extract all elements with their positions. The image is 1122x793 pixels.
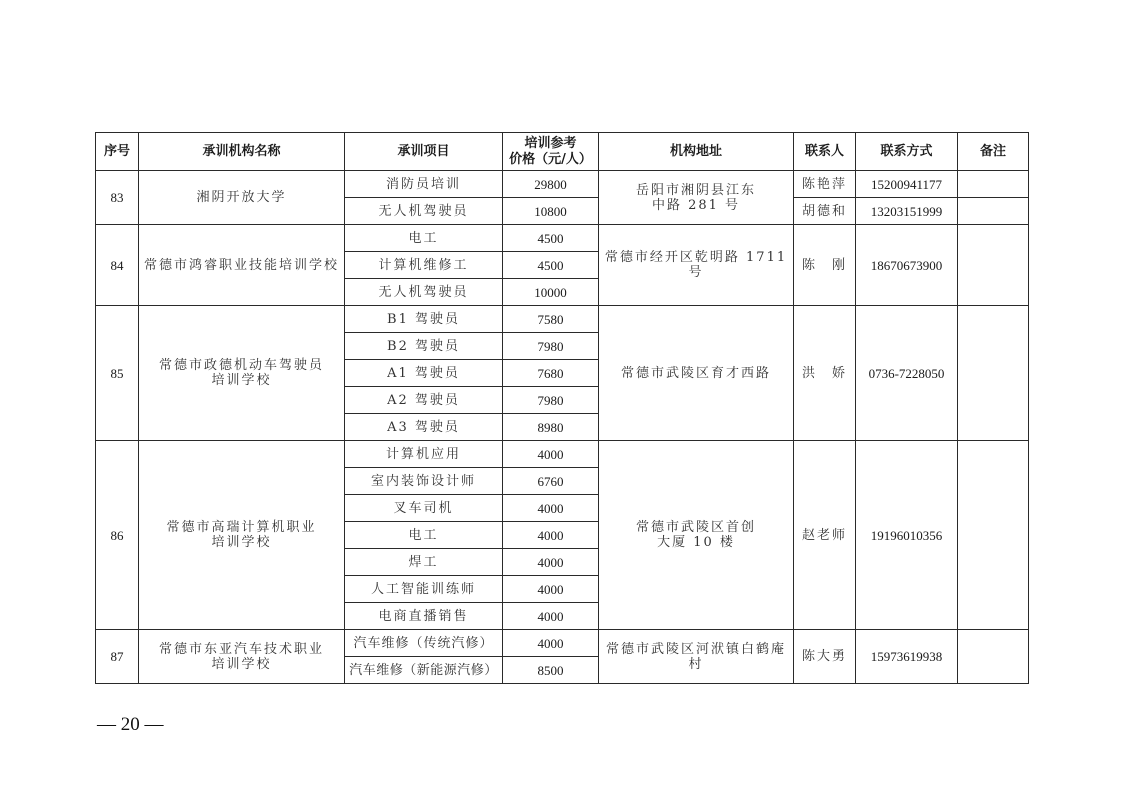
org-line: 培训学校 — [139, 373, 344, 388]
cell-project: 消防员培训 — [345, 171, 503, 198]
cell-contact: 陈艳萍 — [794, 171, 856, 198]
cell-phone: 15973619938 — [856, 630, 958, 684]
cell-price: 4500 — [503, 225, 599, 252]
cell-price: 4000 — [503, 630, 599, 657]
header-phone: 联系方式 — [856, 133, 958, 171]
cell-address: 岳阳市湘阴县江东 中路 281 号 — [599, 171, 794, 225]
table-row: 85 常德市政德机动车驾驶员 培训学校 B1 驾驶员 7580 常德市武陵区育才… — [96, 306, 1029, 333]
cell-project: B1 驾驶员 — [345, 306, 503, 333]
cell-price: 4000 — [503, 576, 599, 603]
cell-project: 电工 — [345, 225, 503, 252]
header-note: 备注 — [958, 133, 1029, 171]
cell-project: 汽车维修（传统汽修） — [345, 630, 503, 657]
cell-price: 7580 — [503, 306, 599, 333]
cell-address: 常德市武陵区河洑镇白鹤庵村 — [599, 630, 794, 684]
header-project: 承训项目 — [345, 133, 503, 171]
cell-project: 计算机维修工 — [345, 252, 503, 279]
header-org: 承训机构名称 — [139, 133, 345, 171]
cell-project: 计算机应用 — [345, 441, 503, 468]
cell-phone: 15200941177 — [856, 171, 958, 198]
training-institutions-table: 序号 承训机构名称 承训项目 培训参考 价格（元/人） 机构地址 联系人 联系方… — [95, 132, 1029, 684]
cell-address: 常德市武陵区育才西路 — [599, 306, 794, 441]
header-row: 序号 承训机构名称 承训项目 培训参考 价格（元/人） 机构地址 联系人 联系方… — [96, 133, 1029, 171]
cell-price: 10800 — [503, 198, 599, 225]
cell-project: A3 驾驶员 — [345, 414, 503, 441]
cell-project: 无人机驾驶员 — [345, 279, 503, 306]
cell-note — [958, 198, 1029, 225]
cell-project: 电工 — [345, 522, 503, 549]
cell-project: 叉车司机 — [345, 495, 503, 522]
cell-price: 7680 — [503, 360, 599, 387]
cell-seq: 87 — [96, 630, 139, 684]
cell-seq: 85 — [96, 306, 139, 441]
org-line: 培训学校 — [139, 657, 344, 672]
cell-note — [958, 441, 1029, 630]
cell-note — [958, 171, 1029, 198]
header-price-line2: 价格（元/人） — [503, 152, 598, 168]
cell-address: 常德市武陵区首创 大厦 10 楼 — [599, 441, 794, 630]
table-row: 84 常德市鸿睿职业技能培训学校 电工 4500 常德市经开区乾明路 1711 … — [96, 225, 1029, 252]
table-row: 86 常德市高瑞计算机职业 培训学校 计算机应用 4000 常德市武陵区首创 大… — [96, 441, 1029, 468]
cell-price: 4000 — [503, 603, 599, 630]
cell-project: 焊工 — [345, 549, 503, 576]
address-line: 岳阳市湘阴县江东 — [599, 183, 793, 198]
cell-seq: 84 — [96, 225, 139, 306]
cell-contact: 胡德和 — [794, 198, 856, 225]
cell-contact: 陈 刚 — [794, 225, 856, 306]
cell-address: 常德市经开区乾明路 1711 号 — [599, 225, 794, 306]
cell-project: A2 驾驶员 — [345, 387, 503, 414]
cell-price: 7980 — [503, 333, 599, 360]
address-line: 大厦 10 楼 — [599, 535, 793, 550]
org-line: 常德市高瑞计算机职业 — [139, 520, 344, 535]
table-row: 83 湘阴开放大学 消防员培训 29800 岳阳市湘阴县江东 中路 281 号 … — [96, 171, 1029, 198]
cell-project: 无人机驾驶员 — [345, 198, 503, 225]
cell-phone: 19196010356 — [856, 441, 958, 630]
cell-note — [958, 306, 1029, 441]
cell-project: 人工智能训练师 — [345, 576, 503, 603]
header-seq: 序号 — [96, 133, 139, 171]
header-address: 机构地址 — [599, 133, 794, 171]
cell-price: 8500 — [503, 657, 599, 684]
cell-org: 湘阴开放大学 — [139, 171, 345, 225]
cell-price: 6760 — [503, 468, 599, 495]
address-line: 常德市武陵区首创 — [599, 520, 793, 535]
cell-price: 4000 — [503, 495, 599, 522]
cell-project: B2 驾驶员 — [345, 333, 503, 360]
cell-seq: 83 — [96, 171, 139, 225]
page-number: — 20 — — [97, 714, 164, 736]
cell-price: 7980 — [503, 387, 599, 414]
address-line: 中路 281 号 — [599, 198, 793, 213]
cell-phone: 18670673900 — [856, 225, 958, 306]
header-contact: 联系人 — [794, 133, 856, 171]
cell-price: 10000 — [503, 279, 599, 306]
cell-contact: 洪 娇 — [794, 306, 856, 441]
header-price: 培训参考 价格（元/人） — [503, 133, 599, 171]
cell-note — [958, 630, 1029, 684]
cell-price: 8980 — [503, 414, 599, 441]
header-price-line1: 培训参考 — [503, 136, 598, 152]
org-line: 常德市东亚汽车技术职业 — [139, 642, 344, 657]
org-line: 常德市政德机动车驾驶员 — [139, 358, 344, 373]
cell-org: 常德市鸿睿职业技能培训学校 — [139, 225, 345, 306]
cell-price: 4000 — [503, 549, 599, 576]
cell-price: 4000 — [503, 441, 599, 468]
cell-contact: 赵老师 — [794, 441, 856, 630]
cell-org: 常德市高瑞计算机职业 培训学校 — [139, 441, 345, 630]
cell-project: A1 驾驶员 — [345, 360, 503, 387]
cell-project: 电商直播销售 — [345, 603, 503, 630]
org-line: 培训学校 — [139, 535, 344, 550]
cell-project: 室内装饰设计师 — [345, 468, 503, 495]
cell-note — [958, 225, 1029, 306]
cell-price: 4500 — [503, 252, 599, 279]
table-row: 87 常德市东亚汽车技术职业 培训学校 汽车维修（传统汽修） 4000 常德市武… — [96, 630, 1029, 657]
cell-phone: 0736-7228050 — [856, 306, 958, 441]
cell-seq: 86 — [96, 441, 139, 630]
cell-org: 常德市政德机动车驾驶员 培训学校 — [139, 306, 345, 441]
cell-contact: 陈大勇 — [794, 630, 856, 684]
cell-org: 常德市东亚汽车技术职业 培训学校 — [139, 630, 345, 684]
cell-price: 4000 — [503, 522, 599, 549]
cell-project: 汽车维修（新能源汽修） — [345, 657, 503, 684]
cell-phone: 13203151999 — [856, 198, 958, 225]
cell-price: 29800 — [503, 171, 599, 198]
